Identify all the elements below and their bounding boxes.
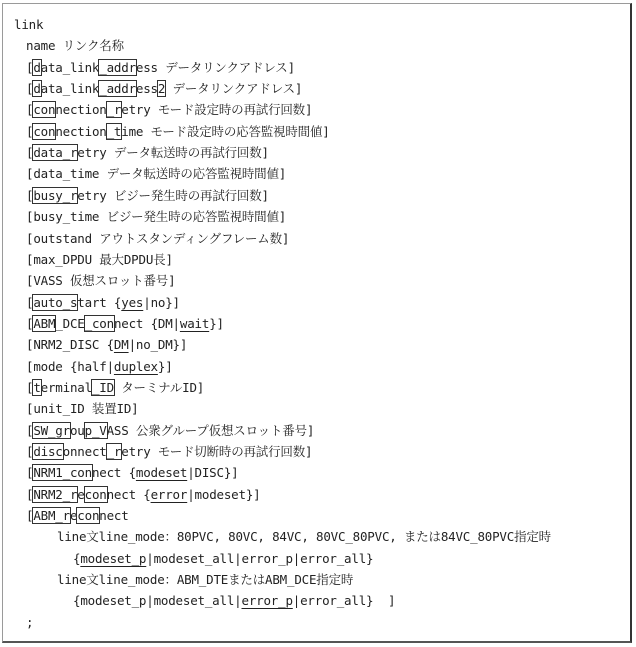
syntax-line: {modeset_p|modeset_all|error_p|error_all…	[73, 551, 373, 567]
syntax-text: erminal	[41, 380, 92, 395]
syntax-text: ターミナルID]	[114, 380, 204, 395]
default-value: error_p	[242, 593, 293, 608]
syntax-line: [connection_time モード設定時の応答監視時間値]	[26, 124, 330, 140]
abbreviation-box: disc	[32, 443, 63, 460]
syntax-text: }]	[209, 316, 224, 331]
syntax-text: ASS 公衆グループ仮想スロット番号]	[107, 423, 315, 438]
syntax-text: nect {	[107, 487, 151, 502]
syntax-text: [NRM2_DISC {	[26, 337, 114, 352]
syntax-text: |DISC}]	[187, 465, 238, 480]
syntax-line: [VASS 仮想スロット番号]	[26, 273, 175, 289]
abbreviation-box: _r	[106, 101, 123, 118]
abbreviation-box: busy_r	[32, 187, 78, 204]
syntax-line: [data_retry データ転送時の再試行回数]	[26, 145, 269, 161]
abbreviation-box: con	[32, 123, 56, 140]
abbreviation-box: _addr	[98, 59, 137, 76]
syntax-line: [max_DPDU 最大DPDU長]	[26, 252, 173, 268]
syntax-text: データリンクアドレス]	[165, 81, 302, 96]
syntax-text: |error_all} ]	[293, 593, 396, 608]
syntax-line: [NRM1_connect {modeset|DISC}]	[26, 465, 238, 481]
abbreviation-box: NRM1_con	[32, 464, 93, 481]
abbreviation-box: con	[32, 101, 56, 118]
abbreviation-box: _con	[84, 315, 115, 332]
default-value: yes	[121, 295, 143, 310]
syntax-line: [disconnect_retry モード切断時の再試行回数]	[26, 444, 312, 460]
syntax-text: [data_time データ転送時の応答監視時間値]	[26, 166, 286, 181]
default-value: duplex	[114, 359, 158, 374]
default-value: wait	[180, 316, 209, 331]
syntax-line: [unit_ID 装置ID]	[26, 401, 139, 417]
syntax-line: [NRM2_DISC {DM|no_DM}]	[26, 337, 187, 353]
abbreviation-box: auto_s	[32, 294, 78, 311]
default-value: modeset	[136, 465, 187, 480]
syntax-line: [ABM_reconnect	[26, 508, 129, 524]
syntax-text: _DCE	[55, 316, 84, 331]
syntax-line: line文line_mode：ABM_DTEまたはABM_DCE指定時	[57, 572, 353, 588]
syntax-line: [data_time データ転送時の応答監視時間値]	[26, 166, 286, 182]
syntax-text: nect	[99, 508, 128, 523]
syntax-line: link	[14, 17, 43, 33]
abbreviation-box: NRM2_r	[32, 486, 78, 503]
abbreviation-box: con	[76, 507, 100, 524]
syntax-line: {modeset_p|modeset_all|error_p|error_all…	[73, 593, 395, 609]
syntax-line: [NRM2_reconnect {error|modeset}]	[26, 487, 260, 503]
syntax-line: [data_link_address データリンクアドレス]	[26, 60, 295, 76]
syntax-line: [data_link_address2 データリンクアドレス]	[26, 81, 302, 97]
syntax-text: etry モード設定時の再試行回数]	[121, 102, 312, 117]
syntax-line: [busy_retry ビジー発生時の再試行回数]	[26, 188, 269, 204]
syntax-line: [ABM_DCE_connect {DM|wait}]	[26, 316, 224, 332]
syntax-text: [outstand アウトスタンディングフレーム数]	[26, 231, 289, 246]
syntax-line: [outstand アウトスタンディングフレーム数]	[26, 231, 289, 247]
abbreviation-box: p_V	[84, 422, 108, 439]
abbreviation-box: _addr	[98, 80, 137, 97]
default-value: error	[151, 487, 188, 502]
syntax-text: nect {DM|	[114, 316, 180, 331]
syntax-text: ata_link	[41, 60, 100, 75]
syntax-text: [mode {half|	[26, 359, 114, 374]
syntax-text: onnect	[63, 444, 107, 459]
syntax-text: ess データリンクアドレス]	[136, 60, 295, 75]
syntax-text: }]	[158, 359, 173, 374]
abbreviation-box: _t	[106, 123, 123, 140]
syntax-text: name リンク名称	[26, 38, 124, 53]
syntax-text: etry データ転送時の再試行回数]	[77, 145, 269, 160]
syntax-text: etry モード切断時の再試行回数]	[121, 444, 312, 459]
abbreviation-box: ABM	[32, 315, 56, 332]
syntax-text: nection	[55, 124, 106, 139]
syntax-line: [terminal_ID ターミナルID]	[26, 380, 204, 396]
syntax-text: link	[14, 17, 43, 32]
syntax-text: nection	[55, 102, 106, 117]
syntax-line: ;	[26, 615, 33, 631]
syntax-text: ;	[26, 615, 33, 630]
syntax-text: ime モード設定時の応答監視時間値]	[121, 124, 329, 139]
syntax-text: etry ビジー発生時の再試行回数]	[77, 188, 269, 203]
syntax-text: {modeset_p|modeset_all|	[73, 593, 242, 608]
default-value: DM	[114, 337, 129, 352]
syntax-line: name リンク名称	[26, 38, 124, 54]
syntax-line: line文line_mode：80PVC, 80VC, 84VC, 80VC_8…	[57, 529, 551, 545]
abbreviation-box: ABM_r	[32, 507, 71, 524]
syntax-text: |no}]	[143, 295, 180, 310]
syntax-text: ata_link	[41, 81, 100, 96]
syntax-text: [busy_time ビジー発生時の応答監視時間値]	[26, 209, 286, 224]
abbreviation-box: data_r	[32, 144, 78, 161]
syntax-text: nect {	[92, 465, 136, 480]
syntax-text: |no_DM}]	[129, 337, 188, 352]
syntax-text: ess	[136, 81, 158, 96]
syntax-text: line文line_mode：ABM_DTEまたはABM_DCE指定時	[57, 572, 353, 587]
abbreviation-box: SW_gr	[32, 422, 71, 439]
syntax-line: [mode {half|duplex}]	[26, 359, 173, 375]
syntax-text: [max_DPDU 最大DPDU長]	[26, 252, 173, 267]
syntax-line: [auto_start {yes|no}]	[26, 295, 180, 311]
syntax-text: line文line_mode：80PVC, 80VC, 84VC, 80VC_8…	[57, 529, 551, 544]
syntax-text: |modeset_all|error_p|error_all}	[146, 551, 373, 566]
abbreviation-box: _r	[106, 443, 123, 460]
syntax-text: [unit_ID 装置ID]	[26, 401, 139, 416]
syntax-box: linkname リンク名称[data_link_address データリンクア…	[2, 3, 632, 643]
default-value: modeset_p	[80, 551, 146, 566]
syntax-line: [busy_time ビジー発生時の応答監視時間値]	[26, 209, 286, 225]
abbreviation-box: con	[84, 486, 108, 503]
syntax-text: |modeset}]	[187, 487, 260, 502]
abbreviation-box: _ID	[91, 379, 115, 396]
syntax-line: [SW_group_VASS 公衆グループ仮想スロット番号]	[26, 423, 314, 439]
syntax-line: [connection_retry モード設定時の再試行回数]	[26, 102, 312, 118]
syntax-text: [VASS 仮想スロット番号]	[26, 273, 175, 288]
syntax-text: ou	[70, 423, 85, 438]
syntax-text: tart {	[77, 295, 121, 310]
